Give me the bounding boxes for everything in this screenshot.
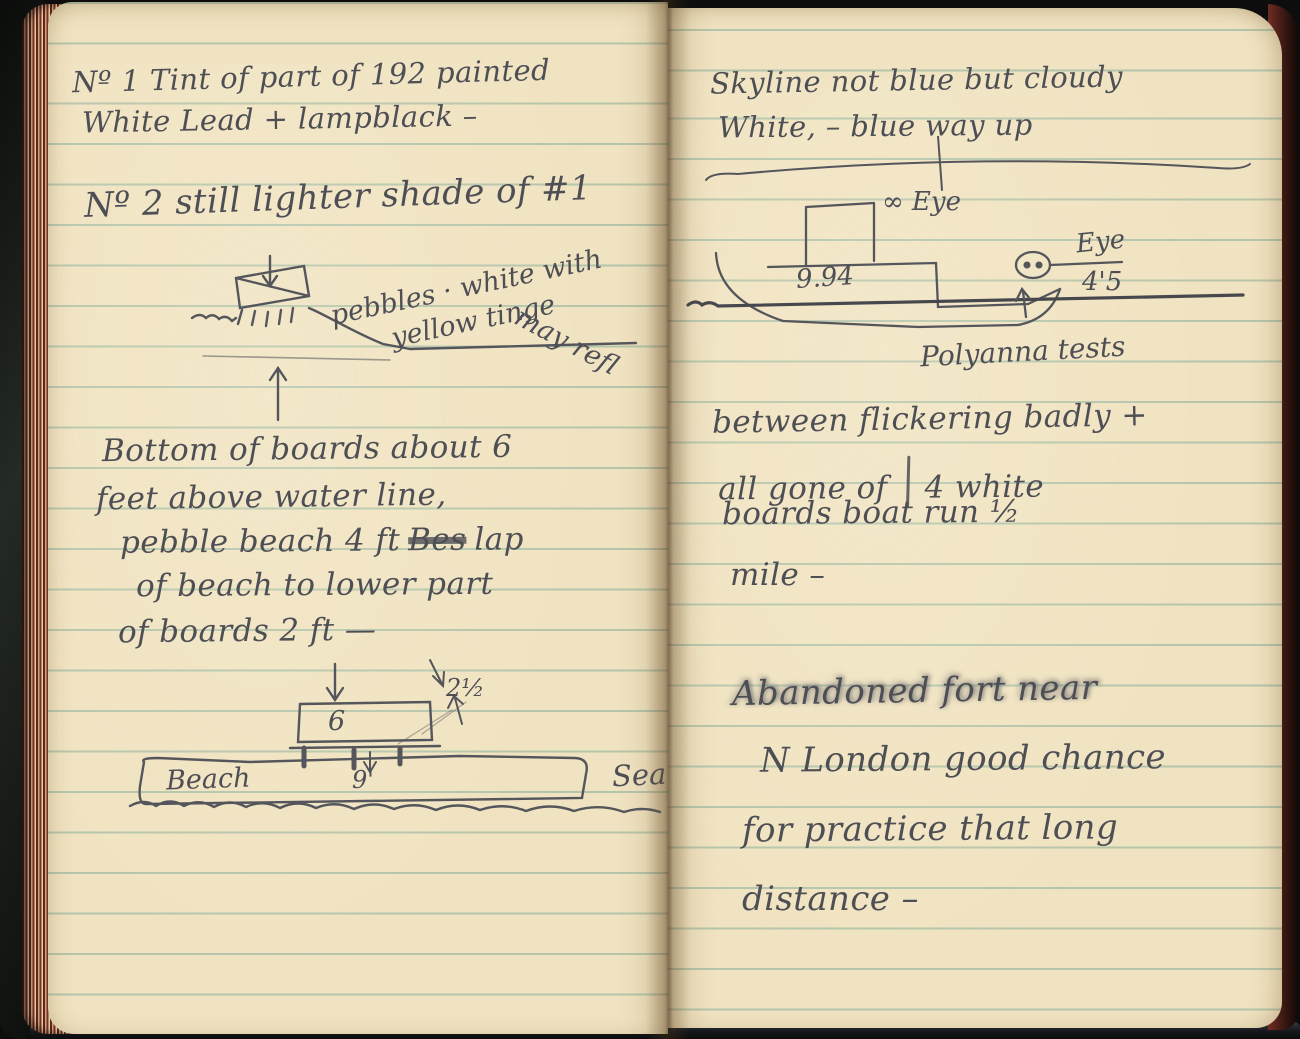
ground-squiggle [192, 315, 236, 321]
notebook-photo: Nº 1 Tint of part of 192 painted White L… [0, 0, 1300, 1039]
ship-sketch: ∞ Eye 9.94 Eye 4'5 Polyanna tests [688, 193, 1263, 398]
boards-line2: feet above water line, [96, 476, 447, 520]
eye-height-label: 4'5 [1082, 267, 1122, 297]
flicker-line3: boards boat run ½ [722, 493, 1020, 534]
eye-sight-line [1050, 262, 1122, 265]
groyne-box [236, 266, 309, 308]
waterline-faint [203, 356, 390, 360]
fort-line3: for practice that long [742, 806, 1118, 852]
fort-line2: N London good chance [760, 736, 1166, 782]
horizon-curve [706, 161, 1250, 180]
boards-line1: Bottom of boards about 6 [102, 428, 513, 471]
sea-label: Sea [611, 757, 667, 794]
groyne-posts [238, 308, 293, 326]
boards-line3-struck-word: Bes [408, 521, 467, 560]
arrow-down-right-icon [430, 660, 444, 686]
boards-line3-end: lap [474, 520, 524, 559]
mast-lines [806, 203, 874, 265]
boards-line3: pebble beach 4 ft Bes lap [120, 520, 524, 562]
beach-sketch: 6 9' Beach Sea 2½ [130, 658, 690, 823]
deck-height-label: 9.94 [795, 261, 855, 295]
note1-line2: White Lead + lampblack – [82, 98, 478, 141]
sky-line1: Skyline not blue but cloudy [710, 58, 1123, 101]
arrow-down-icon [327, 664, 343, 700]
walkway-width-label: 6 [328, 706, 345, 737]
boards-line4: of beach to lower part [136, 565, 494, 606]
note1-line1: Nº 1 Tint of part of 192 painted [72, 52, 551, 101]
right-page: Skyline not blue but cloudy White, – blu… [668, 8, 1282, 1028]
fort-line4: distance – [742, 878, 919, 921]
drop-height-label: 2½ [446, 674, 485, 702]
groyne-sketch: pebbles · white with yellow tinge may re… [178, 248, 648, 443]
boards-line5: of boards 2 ft — [118, 611, 377, 652]
walkway-box [298, 702, 432, 742]
post-height-label: 9' [352, 766, 374, 794]
arrow-up-icon [270, 368, 286, 420]
beach-label: Beach [165, 763, 250, 797]
beach-sketch-drawing [130, 658, 690, 823]
waterline [688, 295, 1243, 306]
mast-eye-label: ∞ Eye [882, 187, 961, 217]
flicker-line1: between flickering badly + [712, 396, 1148, 442]
eye-circle [1016, 252, 1050, 278]
flicker-line4: mile – [730, 556, 825, 595]
eye-dot-right [1037, 263, 1042, 268]
eye-label: Eye [1075, 225, 1127, 260]
boards-line3-start: pebble beach 4 ft [120, 521, 400, 562]
note2-heading: Nº 2 still lighter shade of #1 [83, 167, 592, 227]
horizon-curve-drawing [698, 136, 1258, 200]
eye-dot-left [1025, 263, 1030, 268]
fort-line1: Abandoned fort near [732, 667, 1098, 716]
left-page: Nº 1 Tint of part of 192 painted White L… [48, 2, 668, 1034]
walkway-underside [290, 746, 440, 748]
